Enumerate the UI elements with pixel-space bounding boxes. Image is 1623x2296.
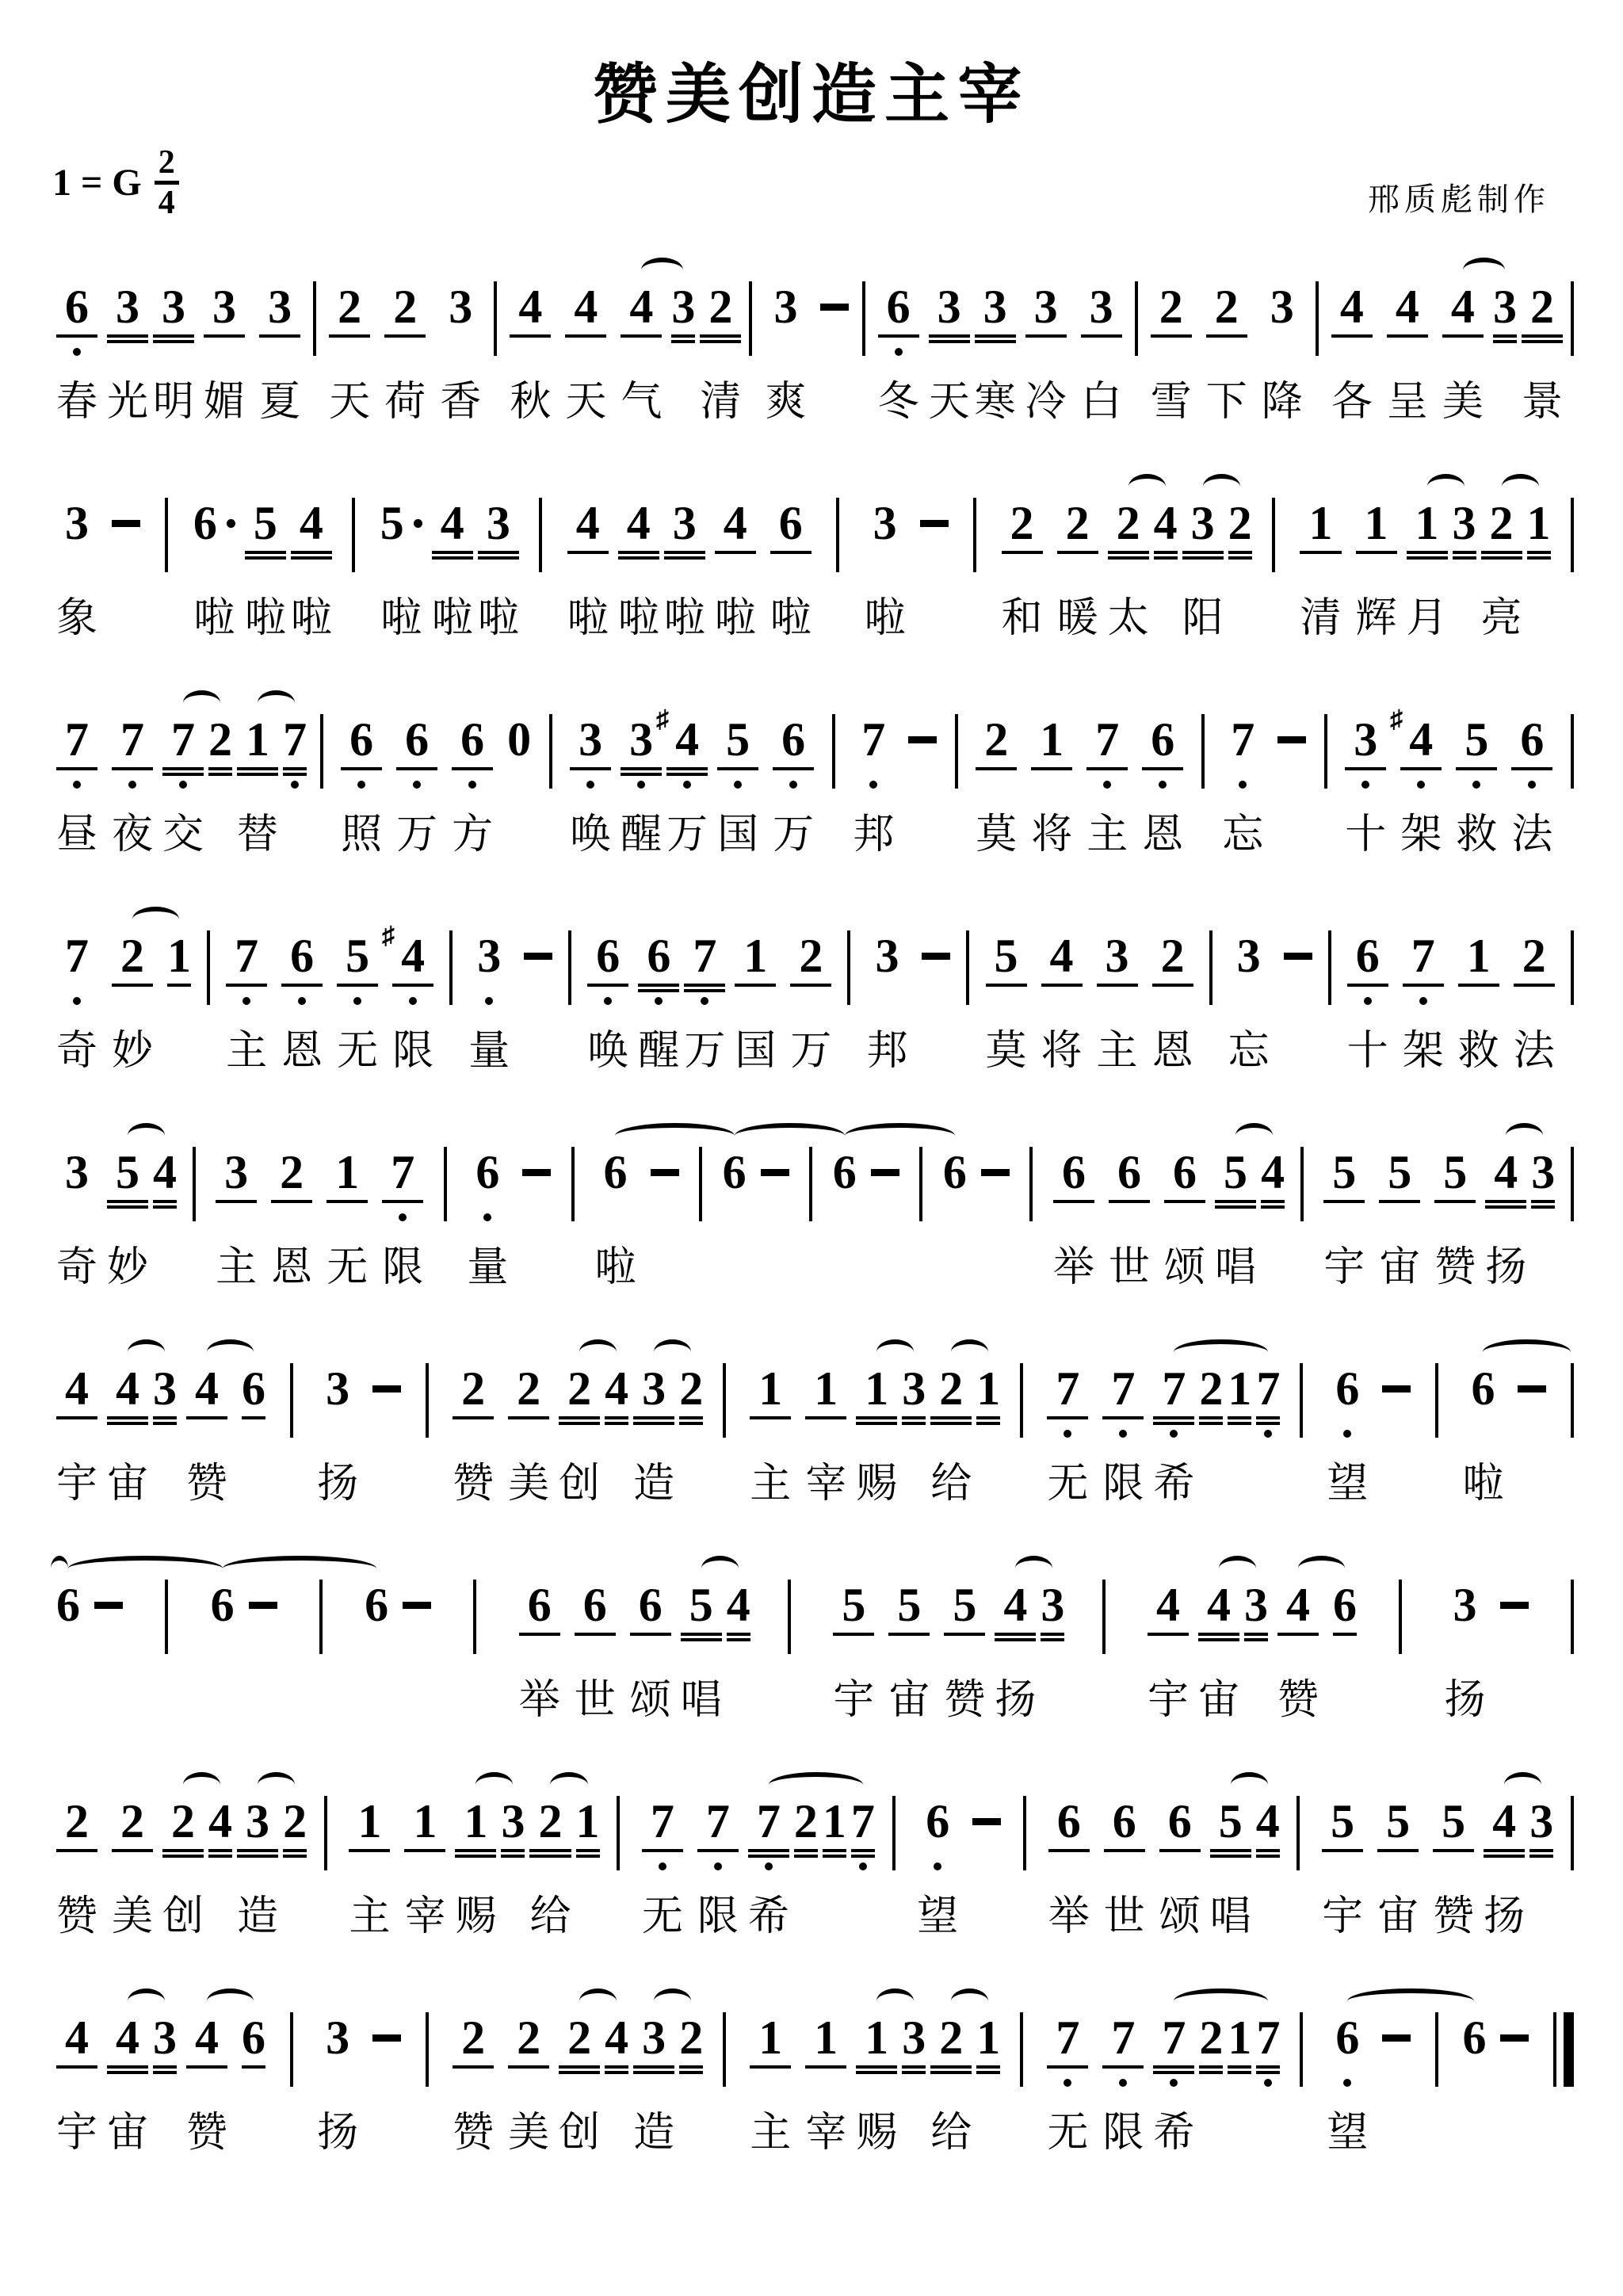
note-digit: 2 [799,932,823,980]
beam-group [1531,1198,1555,1211]
note: 5啦 [380,498,422,646]
note: 3白 [1081,281,1122,430]
note-digit: 1 [814,2014,838,2061]
beam-group [1322,1847,1363,1860]
beam-line [559,1416,600,1419]
beam-group [856,2063,897,2076]
beam-group [908,765,937,778]
note: 3 [1531,1147,1555,1295]
staff-line: 3奇5妙43主2恩1无7限6量6啦6666举6世6颂5唱45宇5宙5赞4扬3 [49,1106,1574,1295]
duration-dash [871,1147,899,1295]
low-octave-dot [1417,781,1425,789]
beam-group [1347,981,1388,995]
note: 2妙 [112,930,153,1079]
note: 2 [208,714,232,862]
beam-group [1484,1847,1525,1860]
note: 1国 [735,930,776,1079]
note-digit-row: 3 [902,1363,926,1414]
beam-line [930,1416,972,1419]
note: ♯4限 [392,930,433,1079]
beam-group [972,1847,1001,1860]
beam-line [432,556,473,560]
note: 6 [56,1580,80,1728]
note: 3 [671,281,695,430]
note: 6法 [1511,714,1552,862]
note-digit: 4 [1156,1581,1180,1629]
beam-group [1323,1198,1365,1211]
beam-group [638,981,679,995]
lyric-syllable: 唱 [1215,1244,1256,1295]
note-digit: 6 [242,2014,265,2061]
note: 3忘 [1228,930,1270,1079]
slur-tie-arc [735,1123,845,1148]
note: 6世 [1104,1796,1145,1944]
beam-line [1199,1416,1223,1419]
beam-line [666,767,708,770]
duration-dash [908,714,937,862]
note-digit: 2 [984,716,1008,763]
note: 3啦 [865,498,906,646]
page-title: 赞美创造主宰 [49,43,1574,136]
beam-group [717,765,758,778]
lyric-syllable: 暖 [1057,595,1098,646]
note-digit: 4 [1396,283,1419,330]
slur-tie-arc [51,1556,68,1581]
slur-tie-arc [258,1772,295,1797]
beam-group [1511,765,1552,778]
note-digit: 2 [338,283,361,330]
lyric-syllable: 天 [565,379,606,430]
note-digit-row: 5 [116,1147,139,1198]
beam-group [153,1198,177,1211]
dash-glyph [651,1169,679,1176]
note-digit-row: 3 [1106,930,1129,981]
beam-line [501,1849,525,1852]
barline [426,1363,429,1438]
note: 7 [283,714,307,862]
beam-line [605,2071,628,2074]
beam-group [237,1847,278,1860]
note-digit-row: 7 [65,930,89,981]
octave-dots [1119,1427,1127,1443]
beam-group [750,1414,791,1427]
low-octave-dot [1159,781,1167,789]
note-digit-row: 7 [283,714,307,765]
note-digit-row: 3 [673,498,697,548]
barline [1023,1796,1026,1870]
measure: 5啦4啦3啦 [373,498,521,646]
beam-group [1142,765,1183,778]
beam-line [271,1200,312,1203]
low-octave-dot [1064,1430,1071,1438]
beam-line [1485,1205,1526,1209]
note-digit: 5 [1224,1148,1247,1196]
barline [1020,1363,1023,1438]
beam-line [1256,2071,1280,2074]
octave-dots [73,778,81,794]
beam-line [107,1205,148,1209]
note: ♯4架 [1400,714,1442,862]
beam-line [750,1416,791,1419]
low-octave-dot [859,1862,867,1870]
measure: 5宇5宙5赞4扬3 [1315,1796,1556,1944]
note: 6春 [56,281,97,430]
note-digit: 1 [167,932,191,980]
note: 5唱 [1210,1796,1251,1944]
beam-line [1228,2065,1251,2069]
low-octave-dot [291,781,299,789]
note: 2 [1199,1363,1223,1511]
note: 6望 [917,1796,958,1944]
note-digit: 7 [1256,1365,1280,1412]
note: 3造 [633,1363,674,1511]
note-digit: 6 [65,283,89,330]
note-digit-row: 5 [726,714,750,765]
note-digit-row: 4 [605,2012,628,2063]
rest-note: 0 [507,714,531,862]
measure: 6举6世6颂5唱4 [1046,1147,1287,1295]
note-digit-row: 2 [338,281,361,332]
beam-group [1500,2063,1529,2076]
note: 2 [1199,2012,1223,2160]
note-digit-row: 3 [875,930,899,981]
lyric-syllable: 万 [790,1028,831,1079]
slur-tie-arc [1504,1772,1541,1797]
beam-group [651,1198,679,1211]
beam-line [453,1416,494,1419]
beam-group [700,332,741,346]
note-digit: 2 [1522,932,1546,980]
barline [1435,1363,1438,1438]
note-digit-row: 4 [574,281,598,332]
note-digit: 2 [679,1365,703,1412]
beam-line [107,1416,148,1419]
note: 1 [167,930,191,1079]
note-digit: 4 [116,2014,139,2061]
octave-dots [242,995,250,1010]
note-digit: 2 [65,1797,89,1845]
lyric-syllable: 宇 [1322,1893,1363,1944]
note-digit-row: 6 [65,281,89,332]
beam-line [56,334,97,338]
note-digit-row: 1 [1040,714,1064,765]
octave-dots [604,995,612,1010]
note-digit: 4 [401,932,425,980]
octave-dots [298,995,306,1010]
note-digit: 3 [1237,932,1261,980]
octave-dots [655,995,663,1010]
note-digit: 5 [346,932,369,980]
beam-group [1210,1847,1251,1860]
lyric-syllable: 限 [1102,2110,1144,2160]
beam-group [1041,981,1083,995]
lyric-syllable: 赞 [944,1677,985,1728]
low-octave-dot [869,781,877,789]
beam-group [226,981,267,995]
beam-line [664,556,705,560]
beam-line [1182,551,1224,554]
lyric-syllable: 啦 [432,595,473,646]
note-digit: 7 [283,716,307,763]
note-digit: 4 [1492,1797,1516,1845]
note-digit: 2 [393,283,417,330]
octave-dots [1064,2076,1071,2092]
note-digit: 3 [116,283,139,330]
score: 6春3光3明3媚3夏2天2荷3香4秋4天4气32清3爽6冬3天3寒3冷3白2雪2… [49,240,1574,2187]
note-digit: 3 [983,283,1007,330]
beam-line [167,984,191,987]
lyric-syllable: 赞 [1277,1677,1319,1728]
lyric-syllable: 荷 [384,379,426,430]
note: 7昼 [56,714,97,862]
beam-line [1485,1200,1526,1203]
note-digit-row: 4 [629,281,653,332]
note-digit: 2 [1199,1365,1223,1412]
beam-line [856,2065,897,2069]
beam-line [559,2071,600,2074]
duration-dash [1518,1363,1546,1511]
beam-line [1345,767,1386,770]
beam-group [930,1414,972,1427]
note: 4各 [1331,281,1373,430]
beam-group [1333,1630,1357,1644]
beam-line [508,1416,549,1419]
beam-line [773,767,814,770]
note: 1主 [750,2012,791,2160]
note-digit-row: 3 [1244,1580,1268,1630]
duration-dash [761,1147,789,1295]
beam-line [162,773,204,776]
beam-group [559,1414,600,1427]
barline [539,498,542,572]
beam-group [216,1198,257,1211]
barline [1272,498,1275,572]
beam-group [930,2063,972,2076]
note-digit-row: 3 [326,1363,349,1414]
note: 2 [794,1796,818,1944]
note: 5唱 [1215,1147,1256,1295]
beam-group [1151,332,1192,346]
beam-group [765,332,806,346]
note-digit: 6 [781,716,805,763]
note-digit-row: 1 [576,1796,600,1847]
note: 7无 [1047,2012,1088,2160]
lyric-syllable: 赐 [455,1893,496,1944]
barline [320,714,323,789]
beam-line [1228,1416,1251,1419]
duration-dash [920,498,949,646]
dash-glyph [94,1602,123,1609]
note-digit: 2 [1490,499,1514,547]
note-digit-row: 3 [246,1796,269,1847]
note: 5宇 [833,1580,874,1728]
note: 1赐 [856,2012,897,2160]
octave-dots [1170,2076,1178,2092]
beam-group [833,1630,874,1644]
lyric-syllable: 莫 [986,1028,1027,1079]
note: 2 [283,1796,307,1944]
note-digit-row: 7 [65,714,89,765]
note: 3降 [1262,281,1303,430]
beam-line [1244,1638,1268,1641]
octave-dots [468,778,476,794]
measure: 3啦 [857,498,956,646]
measure: 7无7限7希217 [1040,1363,1282,1511]
note-digit-row: 2 [120,1796,144,1847]
note: 6望 [1327,2012,1368,2160]
note-digit-row [761,1147,789,1198]
note-digit: 7 [757,1797,781,1845]
octave-dots [413,778,421,794]
note: 4宙 [107,2012,148,2160]
dash-glyph [1277,736,1306,743]
note: 3冷 [1025,281,1067,430]
beam-line [1379,1200,1420,1203]
beam-group [1222,765,1263,778]
note-digit: 7 [1056,1365,1079,1412]
note: 3造 [633,2012,674,2160]
note-digit-row: 5 [1442,1796,1465,1847]
low-octave-dot [895,348,903,356]
measure: 5宇5宙5赞4扬3 [826,1580,1067,1728]
note-digit-row [1518,1363,1546,1414]
beam-line [1151,334,1192,338]
octave-dots [869,778,877,794]
note-digit-row: 3 [326,2012,349,2063]
note-digit-row: 6 [242,1363,265,1414]
note-digit-row: 4 [1494,1147,1518,1198]
beam-line [153,1200,177,1203]
note: 7无 [642,1796,683,1944]
note: 7忘 [1222,714,1263,862]
octave-dots [701,995,708,1010]
barline [549,714,552,789]
note-digit: 4 [1261,1148,1285,1196]
lyric-syllable: 架 [1403,1028,1444,1079]
note-digit: 6 [926,1797,949,1845]
lyric-syllable: 将 [1041,1028,1083,1079]
barline [966,930,969,1005]
slur-tie-arc [845,1123,955,1148]
note: 1 [976,2012,1000,2160]
note-digit-row: 2 [1199,1363,1223,1414]
measure: 4各4呈4美32景 [1324,281,1565,430]
barline [324,1796,327,1870]
measure: 2赞2美2创43造2 [49,1796,309,1944]
lyric-syllable: 主 [750,2110,791,2160]
note-digit-row: 6 [943,1147,967,1198]
beam-group [440,332,481,346]
beam-line [291,556,332,560]
note: 5啦 [245,498,286,646]
low-octave-dot [357,781,365,789]
beam-line [245,556,286,560]
beam-line [1199,1422,1223,1425]
lyric-syllable: 创 [559,2110,600,2160]
lyric-syllable: 啦 [865,595,906,646]
beam-group [281,981,323,995]
beam-group [467,1198,508,1211]
note: 2天 [329,281,370,430]
note-digit-row: 2 [1228,498,1252,548]
beam-line [1481,551,1522,554]
lyric-syllable: 宇 [1148,1677,1189,1728]
note: 1宰 [404,1796,445,1944]
low-octave-dot [604,997,612,1005]
note-digit-row: 7 [1056,1363,1079,1414]
note-digit-row: 7 [1111,1363,1135,1414]
note-digit-row: 6 [1335,2012,1359,2063]
note-digit-row: 7 [1111,2012,1135,2063]
note-digit: 6 [1335,2014,1359,2061]
beam-line [671,340,695,343]
lyric-syllable: 替 [237,812,278,862]
time-signature: 2 4 [155,146,179,220]
note-digit-row: 6 [475,1147,499,1198]
beam-group [1097,981,1138,995]
octave-dots [1417,778,1425,794]
low-octave-dot [298,997,306,1005]
slur-tie-arc [207,1988,254,2014]
beam-group [981,1198,1010,1211]
measure: 3量 [461,930,559,1079]
dash-glyph [981,1169,1010,1176]
note-digit: 1 [976,2014,1000,2061]
note: 6量 [467,1147,508,1295]
dash-glyph [1284,953,1312,960]
low-octave-dot [714,1862,722,1870]
note-digit: 6 [647,932,670,980]
note-digit: 4 [1256,1797,1280,1845]
key-signature: 1 = G 2 4 [52,146,179,220]
note: 3啦 [664,498,705,646]
note: 7 [851,1796,875,1944]
beam-line [1522,334,1563,338]
beam-line [1152,984,1193,987]
low-octave-dot [485,997,493,1005]
note-digit: 6 [723,1148,747,1196]
dash-glyph [920,520,949,527]
note-digit: 2 [939,2014,963,2061]
note-digit-row: 2 [1066,498,1090,548]
low-octave-dot [242,997,250,1005]
note-digit-row: 6 [1117,1147,1141,1198]
note-digit-row: 4 [65,2012,89,2063]
note-digit-row: 2 [794,1796,818,1847]
note: 7限 [697,1796,739,1944]
note-digit-row: 1 [413,1796,437,1847]
beam-line [794,1855,818,1858]
beam-group [501,1847,525,1860]
beam-group [1453,548,1476,562]
note: 5救 [1456,714,1497,862]
beam-group [1522,332,1563,346]
lyric-syllable: 无 [1047,2110,1088,2160]
note: 5宇 [1323,1147,1365,1295]
note-digit: 4 [153,1148,177,1196]
note-digit: 6 [528,1581,552,1629]
octave-dots [128,778,136,794]
octave-dots [1343,2076,1351,2092]
measure: 3忘 [1221,930,1319,1079]
augmentation-dot [227,519,235,528]
note-digit: 2 [1228,499,1252,547]
note-digit-row: 7 [120,714,144,765]
lyric-syllable: 无 [1047,1461,1088,1511]
beam-line [1377,1849,1419,1852]
beam-group [1382,1414,1411,1427]
note-digit-row: 4 [1396,281,1419,332]
